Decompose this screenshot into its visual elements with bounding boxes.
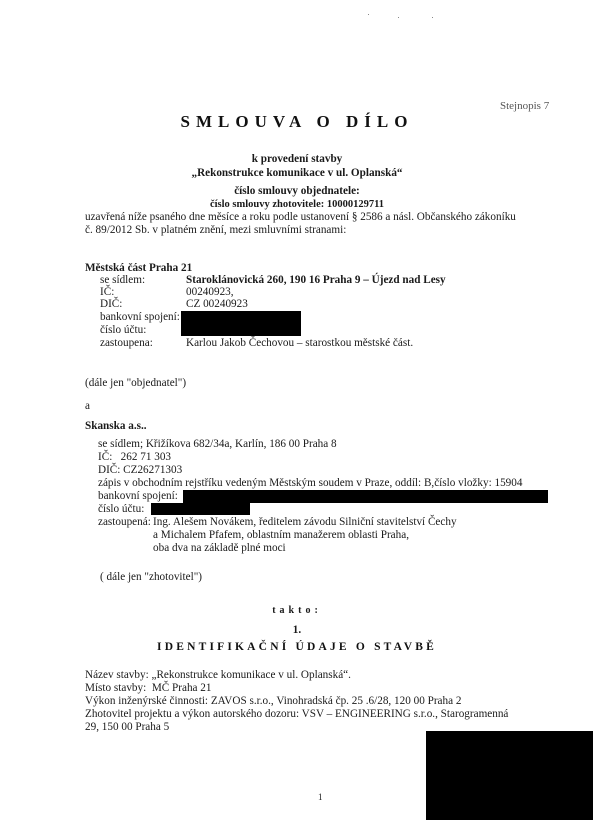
client-alias: (dále jen "objednatel") (85, 377, 186, 390)
contractor-bank-label: bankovní spojení: (98, 490, 178, 503)
client-represented-value: Karlou Jakob Čechovou – starostkou městs… (186, 337, 413, 350)
contractor-represented-line-2: a Michalem Pfafem, oblastním manažerem o… (153, 529, 409, 542)
contractor-seat: se sídlem; Křižíkova 682/34a, Karlín, 18… (98, 438, 337, 451)
contractor-represented-label: zastoupená: (98, 516, 151, 529)
section-heading: IDENTIFIKAČNÍ ÚDAJE O STAVBĚ (0, 641, 594, 653)
contractor-ic: IČ: 262 71 303 (98, 451, 171, 464)
subtitle-line-1: k provedení stavby (0, 153, 594, 166)
identification-line-5: 29, 150 00 Praha 5 (85, 721, 169, 734)
contractor-represented-line-1: Ing. Alešem Novákem, ředitelem závodu Si… (153, 516, 457, 529)
scan-speck (368, 14, 369, 15)
section-number: 1. (0, 624, 594, 637)
redaction-client-bank (181, 311, 301, 336)
scan-speck (398, 17, 399, 18)
contractor-registry: zápis v obchodním rejstříku vedeným Měst… (98, 477, 522, 490)
client-dic-value: CZ 00240923 (186, 298, 248, 311)
subtitle-line-2: „Rekonstrukce komunikace v ul. Oplanská“ (0, 167, 594, 180)
contractor-account-label: číslo účtu: (98, 503, 144, 516)
client-represented-label: zastoupena: (100, 337, 153, 350)
identification-line-4: Zhotovitel projektu a výkon autorského d… (85, 708, 508, 721)
redaction-contractor-account (151, 503, 250, 515)
client-contract-number-label: číslo smlouvy objednatele: (0, 185, 594, 198)
client-bank-label: bankovní spojení: (100, 311, 180, 324)
contractor-alias: ( dále jen "zhotovitel") (100, 571, 202, 584)
client-dic-label: DIČ: (100, 298, 122, 311)
identification-line-2: Místo stavby: MČ Praha 21 (85, 682, 211, 695)
redaction-contractor-bank (183, 490, 548, 503)
conjunction: a (85, 400, 90, 413)
section-intro-word: takto: (0, 604, 594, 617)
page-number: 1 (318, 791, 323, 804)
intro-line-2: č. 89/2012 Sb. v platném znění, mezi sml… (85, 224, 346, 237)
intro-line-1: uzavřená níže psaného dne měsíce a roku … (85, 211, 516, 224)
identification-line-3: Výkon inženýrské činnosti: ZAVOS s.r.o.,… (85, 695, 461, 708)
page-title: SMLOUVA O DÍLO (0, 112, 594, 132)
contractor-represented-line-3: oba dva na základě plné moci (153, 542, 286, 555)
contractor-dic: DIČ: CZ26271303 (98, 464, 182, 477)
redaction-bottom-right (426, 731, 593, 820)
identification-line-1: Název stavby: „Rekonstrukce komunikace v… (85, 669, 351, 682)
contractor-contract-number: číslo smlouvy zhotovitele: 10000129711 (0, 198, 594, 211)
contractor-name: Skanska a.s.. (85, 420, 147, 433)
scan-speck (432, 17, 433, 18)
client-account-label: číslo účtu: (100, 324, 146, 337)
